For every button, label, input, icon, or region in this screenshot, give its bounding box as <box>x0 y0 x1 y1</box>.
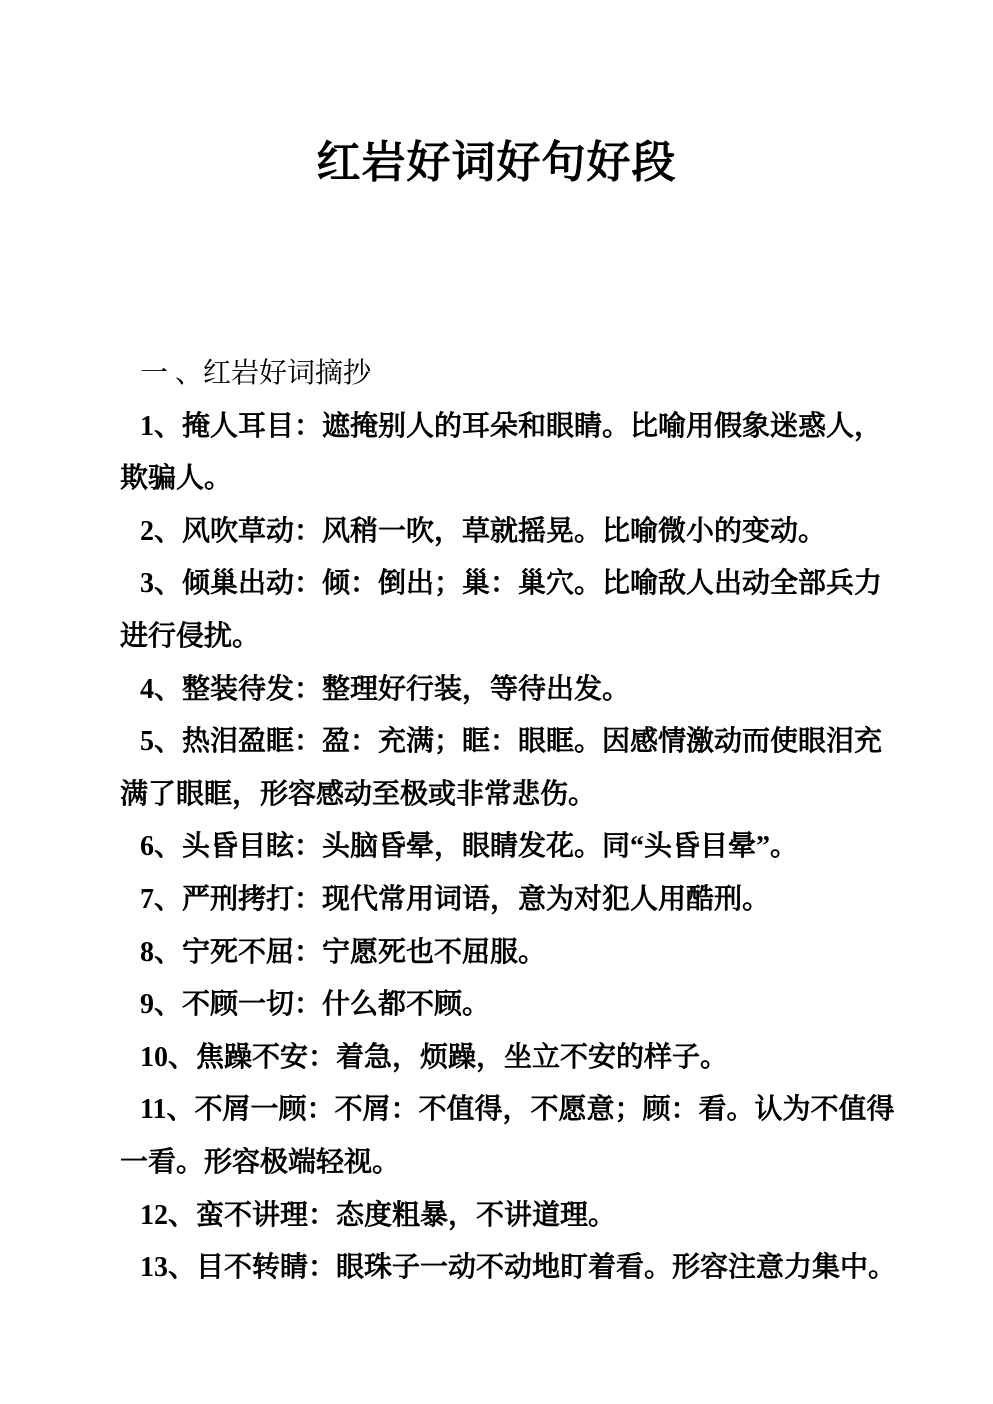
text-line: 11、不屑一顾：不屑：不值得，不愿意；顾：看。认为不值得 <box>120 1084 930 1137</box>
text-line: 7、严刑拷打：现代常用词语，意为对犯人用酷刑。 <box>120 874 930 927</box>
paragraph: 2、风吹草动：风稍一吹，草就摇晃。比喻微小的变动。 <box>120 506 930 559</box>
paragraph: 13、目不转睛：眼珠子一动不动地盯着看。形容注意力集中。 <box>120 1242 930 1295</box>
document-body: 一 、红岩好词摘抄1、掩人耳目：遮掩别人的耳朵和眼睛。比喻用假象迷惑人，欺骗人。… <box>120 348 930 1295</box>
text-line: 进行侵扰。 <box>120 611 930 664</box>
text-line: 3、倾巢出动：倾：倒出；巢：巢穴。比喻敌人出动全部兵力 <box>120 558 930 611</box>
text-line: 欺骗人。 <box>120 453 930 506</box>
text-line: 8、宁死不屈：宁愿死也不屈服。 <box>120 927 930 980</box>
text-line: 4、整装待发：整理好行装，等待出发。 <box>120 664 930 717</box>
text-line: 10、焦躁不安：着急，烦躁，坐立不安的样子。 <box>120 1032 930 1085</box>
text-line: 5、热泪盈眶：盈：充满；眶：眼眶。因感情激动而使眼泪充 <box>120 716 930 769</box>
text-line: 6、头昏目眩：头脑昏晕，眼睛发花。同“头昏目晕”。 <box>120 821 930 874</box>
paragraph: 8、宁死不屈：宁愿死也不屈服。 <box>120 927 930 980</box>
document-title: 红岩好词好句好段 <box>0 126 993 190</box>
paragraph: 12、蛮不讲理：态度粗暴，不讲道理。 <box>120 1190 930 1243</box>
paragraph: 一 、红岩好词摘抄 <box>120 348 930 401</box>
text-line: 一 、红岩好词摘抄 <box>120 348 930 401</box>
paragraph: 3、倾巢出动：倾：倒出；巢：巢穴。比喻敌人出动全部兵力进行侵扰。 <box>120 558 930 663</box>
paragraph: 6、头昏目眩：头脑昏晕，眼睛发花。同“头昏目晕”。 <box>120 821 930 874</box>
text-line: 1、掩人耳目：遮掩别人的耳朵和眼睛。比喻用假象迷惑人， <box>120 401 930 454</box>
text-line: 2、风吹草动：风稍一吹，草就摇晃。比喻微小的变动。 <box>120 506 930 559</box>
paragraph: 5、热泪盈眶：盈：充满；眶：眼眶。因感情激动而使眼泪充满了眼眶，形容感动至极或非… <box>120 716 930 821</box>
paragraph: 1、掩人耳目：遮掩别人的耳朵和眼睛。比喻用假象迷惑人，欺骗人。 <box>120 401 930 506</box>
paragraph: 4、整装待发：整理好行装，等待出发。 <box>120 664 930 717</box>
paragraph: 9、不顾一切：什么都不顾。 <box>120 979 930 1032</box>
text-line: 满了眼眶，形容感动至极或非常悲伤。 <box>120 769 930 822</box>
paragraph: 11、不屑一顾：不屑：不值得，不愿意；顾：看。认为不值得一看。形容极端轻视。 <box>120 1084 930 1189</box>
text-line: 一看。形容极端轻视。 <box>120 1137 930 1190</box>
text-line: 13、目不转睛：眼珠子一动不动地盯着看。形容注意力集中。 <box>120 1242 930 1295</box>
text-line: 12、蛮不讲理：态度粗暴，不讲道理。 <box>120 1190 930 1243</box>
document-page: 红岩好词好句好段 一 、红岩好词摘抄1、掩人耳目：遮掩别人的耳朵和眼睛。比喻用假… <box>0 0 993 1404</box>
text-line: 9、不顾一切：什么都不顾。 <box>120 979 930 1032</box>
paragraph: 10、焦躁不安：着急，烦躁，坐立不安的样子。 <box>120 1032 930 1085</box>
paragraph: 7、严刑拷打：现代常用词语，意为对犯人用酷刑。 <box>120 874 930 927</box>
